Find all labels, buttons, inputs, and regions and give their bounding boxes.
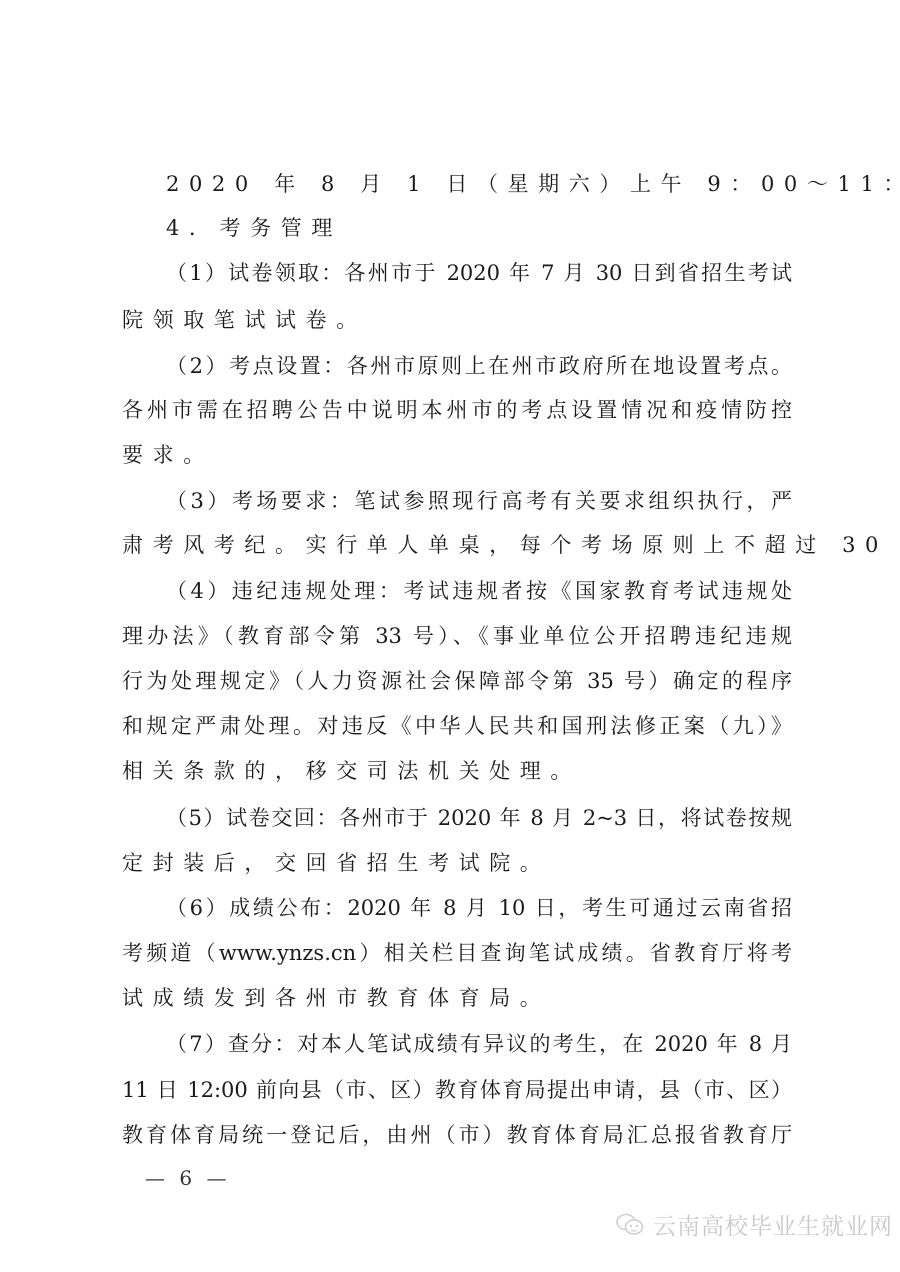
text-line: 2020 年 8 月 1 日（星期六）上午 9：00～11：30。 xyxy=(166,168,792,200)
watermark-text: 云南高校毕业生就业网 xyxy=(653,1208,893,1241)
text-line: 试成绩发到各州市教育体育局。 xyxy=(122,982,792,1014)
text-line: （6）成绩公布：2020 年 8 月 10 日，考生可通过云南省招 xyxy=(166,892,792,924)
page-number: — 6 — xyxy=(145,1166,230,1190)
text-line: （7）查分：对本人笔试成绩有异议的考生，在 2020 年 8 月 xyxy=(166,1028,792,1060)
text-line: 行为处理规定》（人力资源社会保障部令第 35 号）确定的程序 xyxy=(122,665,792,697)
text-line: 相关条款的，移交司法机关处理。 xyxy=(122,755,792,787)
text-line: （4）违纪违规处理：考试违规者按《国家教育考试违规处 xyxy=(166,575,792,607)
text-line: （2）考点设置：各州市原则上在州市政府所在地设置考点。 xyxy=(166,350,792,382)
text-line: （5）试卷交回：各州市于 2020 年 8 月 2~3 日，将试卷按规 xyxy=(166,802,792,834)
text-line: 考频道（www.ynzs.cn）相关栏目查询笔试成绩。省教育厅将考 xyxy=(122,937,792,969)
text-line: 定封装后，交回省招生考试院。 xyxy=(122,847,792,879)
text-line: 各州市需在招聘公告中说明本州市的考点设置情况和疫情防控 xyxy=(122,394,792,426)
text-line: 院领取笔试试卷。 xyxy=(122,304,792,336)
text-line: 4．考务管理 xyxy=(166,212,792,244)
watermark: 云南高校毕业生就业网 xyxy=(615,1208,893,1241)
text-line: 肃考风考纪。实行单人单桌，每个考场原则上不超过 30 人。 xyxy=(122,529,792,561)
text-line: 11 日 12:00 前向县（市、区）教育体育局提出申请，县（市、区） xyxy=(122,1074,792,1106)
wechat-icon xyxy=(615,1212,645,1238)
document-page: 2020 年 8 月 1 日（星期六）上午 9：00～11：30。4．考务管理（… xyxy=(0,0,900,1272)
text-line: 理办法》（教育部令第 33 号）、《事业单位公开招聘违纪违规 xyxy=(122,620,792,652)
text-line: 和规定严肃处理。对违反《中华人民共和国刑法修正案（九）》 xyxy=(122,710,792,742)
text-line: （3）考场要求：笔试参照现行高考有关要求组织执行，严 xyxy=(166,485,792,517)
text-line: 教育体育局统一登记后，由州（市）教育体育局汇总报省教育厅 xyxy=(122,1119,792,1151)
text-line: 要求。 xyxy=(122,439,792,471)
text-line: （1）试卷领取：各州市于 2020 年 7 月 30 日到省招生考试 xyxy=(166,257,792,289)
